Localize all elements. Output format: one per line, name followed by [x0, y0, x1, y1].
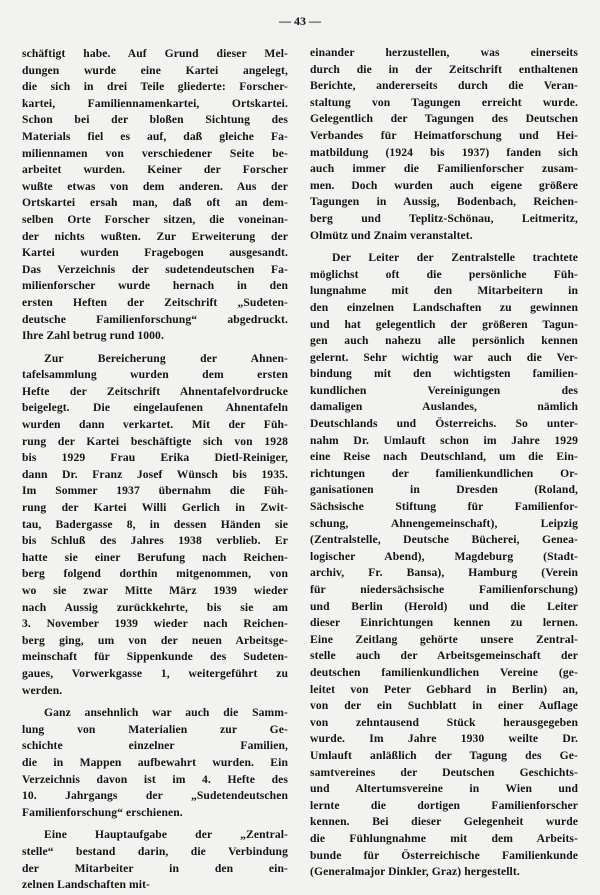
- text-line: kundlichen Vereinigungen des: [310, 383, 578, 400]
- text-line: Im Sommer 1937 übernahm die Füh-: [22, 483, 288, 500]
- text-line: damaligen Auslandes, nämlich: [310, 399, 578, 416]
- text-line: den einzelnen Landschaften zu gewinnen: [310, 300, 578, 317]
- text-line: Olmütz und Znaim veranstaltet.: [310, 228, 578, 245]
- text-line: samtvereines der Deutschen Geschichts-: [310, 765, 578, 782]
- text-line: Ihre Zahl betrug rund 1000.: [22, 328, 288, 345]
- text-line: Tagungen in Aussig, Bodenbach, Reichen-: [310, 194, 578, 211]
- text-line: Eine Hauptaufgabe der „Zentral-: [22, 827, 288, 844]
- text-line: Gelegentlich der Tagungen des Deutschen: [310, 111, 578, 128]
- text-line: nach Aussig zurückkehrte, bis sie am: [22, 600, 288, 617]
- text-line: meinschaft für Sippenkunde des Sudeten-: [22, 649, 288, 666]
- text-line: eine Reise nach Deutschland, um die Ein-: [310, 449, 578, 466]
- text-line: dieser Einrichtungen kennen zu lernen.: [310, 615, 578, 632]
- text-line: die in Mappen aufbewahrt wurden. Ein: [22, 755, 288, 772]
- text-line: 10. Jahrgangs der „Sudetendeutschen: [22, 788, 288, 805]
- text-line: gelernt. Sehr wichtig war auch die Ver-: [310, 350, 578, 367]
- text-line: bis 1929 Frau Erika Dietl-Reiniger,: [22, 450, 288, 467]
- text-line: Materials fiel es auf, daß gleiche Fa-: [22, 129, 288, 146]
- text-line: Ortskartei ersah man, daß oft an dem-: [22, 195, 288, 212]
- text-line: tau, Badergasse 8, in dessen Händen sie: [22, 517, 288, 534]
- text-line: stelle auch der Arbeitsgemeinschaft der: [310, 648, 578, 665]
- text-line: zelnen Landschaften mit-: [22, 877, 288, 894]
- text-line: men. Doch wurden auch eigene größere: [310, 178, 578, 195]
- text-line: möglichst oft die persönliche Füh-: [310, 267, 578, 284]
- text-line: Zur Bereicherung der Ahnen-: [22, 351, 288, 368]
- text-line: miliennamen von verschiedener Seite be-: [22, 146, 288, 163]
- text-line: deutsche Familienforschung“ abgedruckt.: [22, 312, 288, 329]
- text-line: 3. November 1939 wieder nach Reichen-: [22, 616, 288, 633]
- text-line: Verzeichnis davon ist im 4. Hefte des: [22, 772, 288, 789]
- text-line: Das Verzeichnis der sudetendeutschen Fa-: [22, 262, 288, 279]
- left-column: schäftigt habe. Auf Grund dieser Mel-dun…: [22, 46, 288, 894]
- text-line: stelle“ bestand darin, die Verbindung: [22, 844, 288, 861]
- page-number: — 43 —: [0, 14, 600, 29]
- text-line: und hat gelegentlich der größeren Tagun-: [310, 317, 578, 334]
- text-line: schichte einzelner Familien,: [22, 738, 288, 755]
- text-line: tafelsammlung wurden dem ersten: [22, 367, 288, 384]
- text-line: gaues, Vorwerkgasse 1, weitergeführt zu: [22, 666, 288, 683]
- text-line: Umlauft anläßlich der Tagung des Ge-: [310, 748, 578, 765]
- text-line: dungen wurde eine Kartei angelegt,: [22, 63, 288, 80]
- text-line: werden.: [22, 683, 288, 700]
- text-line: auch immer die Familienforscher zusam-: [310, 161, 578, 178]
- text-line: milienforscher wurde hernach in den: [22, 278, 288, 295]
- text-line: kartei, Familiennamenkartei, Ortskartei.: [22, 96, 288, 113]
- text-line: gen auch nahezu alle persönlich kennen: [310, 333, 578, 350]
- text-line: logischer Abend), Magdeburg (Stadt-: [310, 549, 578, 566]
- text-line: (Zentralstelle, Deutsche Bücherei, Genea…: [310, 532, 578, 549]
- text-line: nahm Dr. Umlauft schon im Jahre 1929: [310, 433, 578, 450]
- text-line: wurden dann verkartet. Mit der Füh-: [22, 417, 288, 434]
- text-line: Der Leiter der Zentralstelle trachtete: [310, 250, 578, 267]
- text-line: die Fühlungnahme mit dem Arbeits-: [310, 831, 578, 848]
- text-line: die sich in drei Teile gliederte: Forsch…: [22, 79, 288, 96]
- text-line: von zehntausend Stück herausgegeben: [310, 715, 578, 732]
- text-line: deutschen familienkundlichen Vereine (ge…: [310, 665, 578, 682]
- text-line: der Mitarbeiter in den ein-: [22, 861, 288, 878]
- text-line: ganisationen in Dresden (Roland,: [310, 482, 578, 499]
- text-line: richtungen der familienkundlichen Or-: [310, 466, 578, 483]
- text-line: wußte etwas von dem anderen. Aus der: [22, 179, 288, 196]
- text-line: rung der Kartei beschäftigte sich von 19…: [22, 434, 288, 451]
- text-line: dann Dr. Franz Josef Wünsch bis 1935.: [22, 467, 288, 484]
- text-line: und Berlin (Herold) und die Leiter: [310, 599, 578, 616]
- text-line: berg folgend dorthin mitgenommen, von: [22, 566, 288, 583]
- text-line: arbeitet wurden. Keiner der Forscher: [22, 162, 288, 179]
- text-line: Hefte der Zeitschrift Ahnentafelvordruck…: [22, 384, 288, 401]
- text-line: Deutschlands und Österreichs. So unter-: [310, 416, 578, 433]
- text-line: bis Schluß des Jahres 1938 verblieb. Er: [22, 533, 288, 550]
- text-line: lung von Materialien zur Ge-: [22, 722, 288, 739]
- text-line: Eine Zeitlang gehörte unsere Zentral-: [310, 632, 578, 649]
- text-line: schung, Ahnengemeinschaft), Leipzig: [310, 516, 578, 533]
- text-line: (Generalmajor Dinkler, Graz) hergestellt…: [310, 864, 578, 881]
- text-line: bindung mit den wichtigsten familien-: [310, 366, 578, 383]
- text-line: Verbandes für Heimatforschung und Hei-: [310, 128, 578, 145]
- text-line: berg und Teplitz-Schönau, Leitmeritz,: [310, 211, 578, 228]
- text-line: schäftigt habe. Auf Grund dieser Mel-: [22, 46, 288, 63]
- text-line: archiv, Fr. Bansa), Hamburg (Verein: [310, 565, 578, 582]
- right-column: einander herzustellen, was einerseitsdur…: [310, 45, 578, 881]
- text-line: lernte die dortigen Familienforscher: [310, 798, 578, 815]
- text-line: einander herzustellen, was einerseits: [310, 45, 578, 62]
- text-line: für niedersächsische Familienforschung): [310, 582, 578, 599]
- text-line: matbildung (1924 bis 1937) fanden sich: [310, 145, 578, 162]
- text-line: Berichte, andererseits durch die Veran-: [310, 78, 578, 95]
- text-line: rung der Kartei Willi Gerlich in Zwit-: [22, 500, 288, 517]
- text-line: beigelegt. Die eingelaufenen Ahnentafeln: [22, 400, 288, 417]
- text-line: staltung von Tagungen erreicht wurde.: [310, 95, 578, 112]
- text-line: Familienforschung“ erschienen.: [22, 805, 288, 822]
- text-line: und Altertumsvereine in Wien und: [310, 781, 578, 798]
- text-line: der nichts wußten. Zur Erweiterung der: [22, 229, 288, 246]
- text-line: ersten Heften der Zeitschrift „Sudeten-: [22, 295, 288, 312]
- text-line: berg ging, um von der neuen Arbeitsge-: [22, 633, 288, 650]
- text-line: Sächsische Stiftung für Familienfor-: [310, 499, 578, 516]
- text-line: wo sie zwar Mitte März 1939 wieder: [22, 583, 288, 600]
- text-line: wurde. Im Jahre 1930 weilte Dr.: [310, 731, 578, 748]
- text-line: selben Orte Forscher sitzen, die voneina…: [22, 212, 288, 229]
- text-line: leitet von Peter Gebhard in Berlin) an,: [310, 682, 578, 699]
- text-line: bunde für Österreichische Familienkunde: [310, 848, 578, 865]
- text-line: Kartei wurden Fragebogen ausgesandt.: [22, 245, 288, 262]
- text-line: kennen. Bei dieser Gelegenheit wurde: [310, 814, 578, 831]
- text-line: lungnahme mit den Mitarbeitern in: [310, 283, 578, 300]
- text-line: von der ein Suchblatt in einer Auflage: [310, 698, 578, 715]
- text-line: Schon bei der bloßen Sichtung des: [22, 112, 288, 129]
- text-line: durch die in der Zeitschrift enthaltenen: [310, 62, 578, 79]
- text-line: hatte sie einer Berufung nach Reichen-: [22, 550, 288, 567]
- text-line: Ganz ansehnlich war auch die Samm-: [22, 705, 288, 722]
